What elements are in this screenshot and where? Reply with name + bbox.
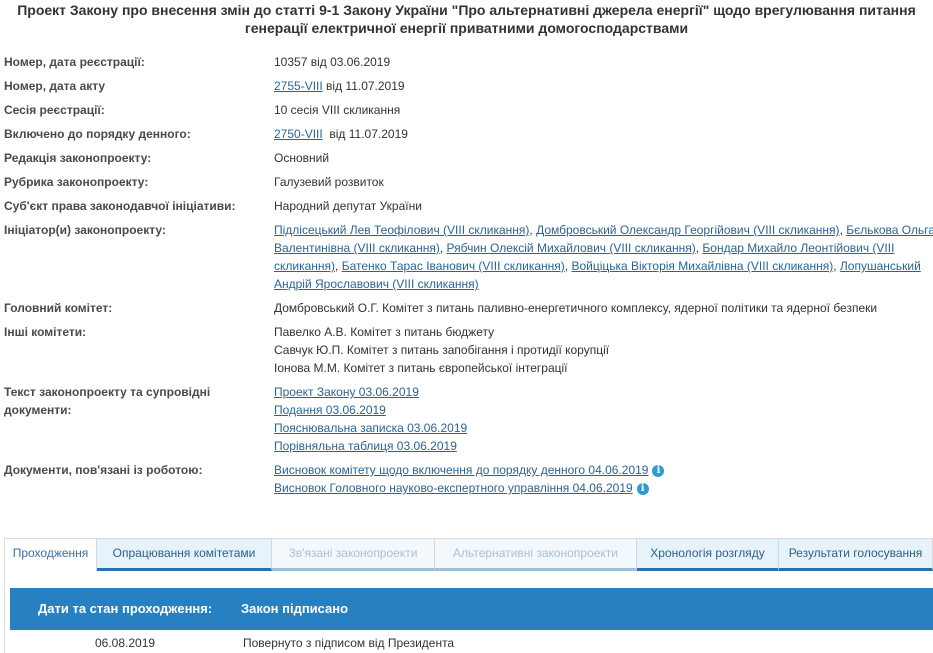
value-session: 10 сесія VIII скликання xyxy=(274,101,933,119)
info-icon[interactable]: i xyxy=(652,465,664,477)
related-docs-list: Висновок комітету щодо включення до поря… xyxy=(274,461,933,497)
initiator-link[interactable]: Підлісецький Лев Теофілович (VIII склика… xyxy=(274,223,529,237)
tab-bar: Проходження Опрацювання комітетами Зв'яз… xyxy=(4,538,933,571)
passage-header: Дати та стан проходження: Закон підписан… xyxy=(10,588,933,630)
value-main-committee: Домбровський О.Г. Комітет з питань палив… xyxy=(274,299,933,317)
documents-list: Проект Закону 03.06.2019 Подання 03.06.2… xyxy=(274,383,933,455)
passage-header-status: Закон підписано xyxy=(241,601,348,616)
panel-border xyxy=(4,570,5,653)
tab-related-bills[interactable]: Зв'язані законопроекти xyxy=(272,539,435,571)
label-documents: Текст законопроекту та супровідні докуме… xyxy=(4,383,254,419)
initiators-list: Підлісецький Лев Теофілович (VIII склика… xyxy=(274,221,933,293)
label-main-committee: Головний комітет: xyxy=(4,299,254,317)
agenda-link[interactable]: 2750-VIII xyxy=(274,127,323,141)
tab-passage[interactable]: Проходження xyxy=(4,539,97,571)
document-link[interactable]: Подання 03.06.2019 xyxy=(274,403,386,417)
initiator-link[interactable]: Рябчин Олексій Михайлович (VIII скликанн… xyxy=(447,241,696,255)
value-subject: Народний депутат України xyxy=(274,197,933,215)
label-rubric: Рубрика законопроекту: xyxy=(4,173,254,191)
info-icon[interactable]: i xyxy=(637,483,649,495)
other-committee-item: Павелко А.В. Комітет з питань бюджету xyxy=(274,323,933,341)
label-edition: Редакція законопроекту: xyxy=(4,149,254,167)
passage-date: 06.08.2019 xyxy=(95,634,155,652)
label-session: Сесія реєстрації: xyxy=(4,101,254,119)
label-other-committees: Інші комітети: xyxy=(4,323,254,341)
passage-header-label: Дати та стан проходження: xyxy=(38,601,212,616)
tab-chronology[interactable]: Хронологія розгляду xyxy=(637,539,779,571)
label-act: Номер, дата акту xyxy=(4,77,254,95)
related-doc-link[interactable]: Висновок комітету щодо включення до поря… xyxy=(274,463,648,477)
value-act: 2755-VIII від 11.07.2019 xyxy=(274,77,933,95)
initiator-link[interactable]: Батенко Тарас Іванович (VIII скликання) xyxy=(342,259,565,273)
passage-status: Повернуто з підписом від Президента xyxy=(243,634,454,652)
document-link[interactable]: Порівняльна таблиця 03.06.2019 xyxy=(274,439,457,453)
document-link[interactable]: Пояснювальна записка 03.06.2019 xyxy=(274,421,467,435)
label-registration: Номер, дата реєстрації: xyxy=(4,53,254,71)
act-date: від 11.07.2019 xyxy=(323,79,405,93)
other-committees-list: Павелко А.В. Комітет з питань бюджету Са… xyxy=(274,323,933,377)
initiator-link[interactable]: Войціцька Вікторія Михайлівна (VIII скли… xyxy=(571,259,833,273)
initiator-link[interactable]: Домбровський Олександр Георгійович (VIII… xyxy=(536,223,840,237)
act-link[interactable]: 2755-VIII xyxy=(274,79,323,93)
related-doc-link[interactable]: Висновок Головного науково-експертного у… xyxy=(274,481,633,495)
tab-voting-results[interactable]: Результати голосування xyxy=(779,539,933,571)
value-edition: Основний xyxy=(274,149,933,167)
label-agenda: Включено до порядку денного: xyxy=(4,125,254,143)
label-initiators: Ініціатор(и) законопроекту: xyxy=(4,221,254,239)
value-registration: 10357 від 03.06.2019 xyxy=(274,53,933,71)
value-agenda: 2750-VIII від 11.07.2019 xyxy=(274,125,933,143)
label-subject: Суб'єкт права законодавчої ініціативи: xyxy=(4,197,254,215)
tab-committee-processing[interactable]: Опрацювання комітетами xyxy=(97,539,272,571)
other-committee-item: Савчук Ю.П. Комітет з питань запобігання… xyxy=(274,341,933,359)
tab-alternative-bills[interactable]: Альтернативні законопроекти xyxy=(435,539,637,571)
label-related-docs: Документи, пов'язані із роботою: xyxy=(4,461,254,479)
value-rubric: Галузевий розвиток xyxy=(274,173,933,191)
other-committee-item: Іонова М.М. Комітет з питань європейсько… xyxy=(274,359,933,377)
document-link[interactable]: Проект Закону 03.06.2019 xyxy=(274,385,419,399)
bill-title: Проект Закону про внесення змін до статт… xyxy=(0,0,933,37)
agenda-date: від 11.07.2019 xyxy=(323,127,408,141)
